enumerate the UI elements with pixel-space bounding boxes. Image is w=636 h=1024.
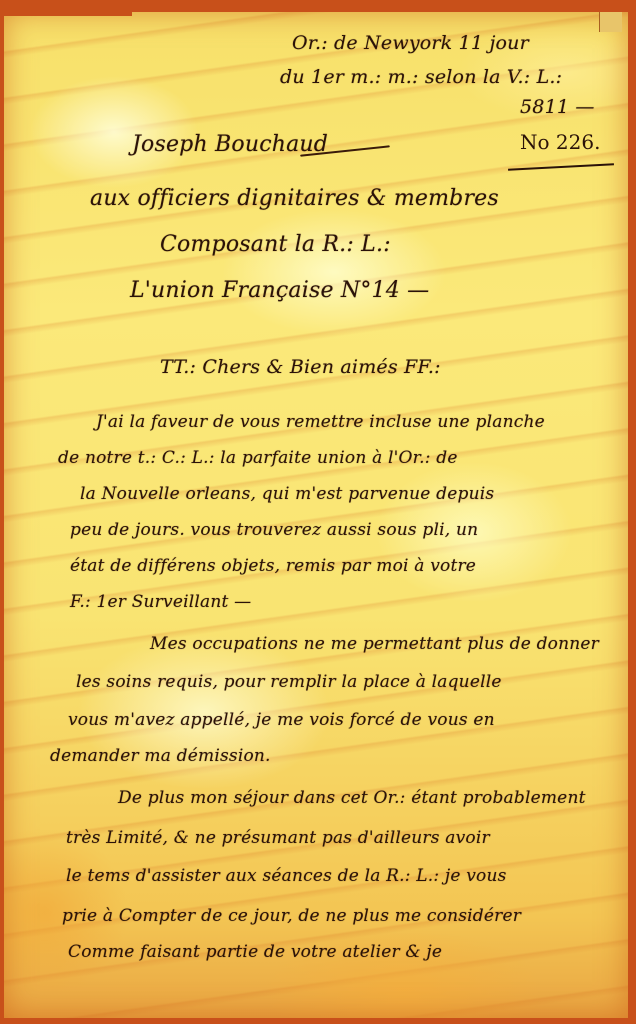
body-line-14: prie à Compter de ce jour, de ne plus me… [62,906,521,926]
body-line-6: F.: 1er Surveillant — [70,592,251,612]
header-place-date-line2: du 1er m.: m.: selon la V.: L.: [280,66,562,88]
body-line-1: J'ai la faveur de vous remettre incluse … [96,412,545,432]
body-line-3: la Nouvelle orleans, qui m'est parvenue … [80,484,494,504]
body-line-4: peu de jours. vous trouverez aussi sous … [70,520,478,540]
body-line-5: état de différens objets, remis par moi … [70,556,476,576]
addressee-line1: aux officiers dignitaires & membres [90,186,499,211]
body-line-11: De plus mon séjour dans cet Or.: étant p… [118,788,586,808]
header-place-date-line1: Or.: de Newyork 11 jour [292,32,529,54]
torn-edge [0,0,132,16]
salutation: TT.: Chers & Bien aimés FF.: [160,356,441,378]
body-line-9: vous m'avez appellé, je me vois forcé de… [68,710,495,730]
body-line-8: les soins requis, pour remplir la place … [76,672,502,692]
body-line-13: le tems d'assister aux séances de la R.:… [66,866,507,886]
sender-name: Joseph Bouchaud [132,132,328,157]
body-line-10: demander ma démission. [50,746,271,766]
body-line-15: Comme faisant partie de votre atelier & … [68,942,442,962]
body-line-7: Mes occupations ne me permettant plus de… [150,634,599,654]
body-line-12: très Limité, & ne présumant pas d'ailleu… [66,828,490,848]
body-line-2: de notre t.: C.: L.: la parfaite union à… [58,448,458,468]
header-year: 5811 — [520,96,595,118]
addressee-line3: L'union Française N°14 — [130,278,429,303]
document-number: No 226. [520,130,600,154]
folded-corner [599,12,622,32]
addressee-line2: Composant la R.: L.: [160,232,391,257]
